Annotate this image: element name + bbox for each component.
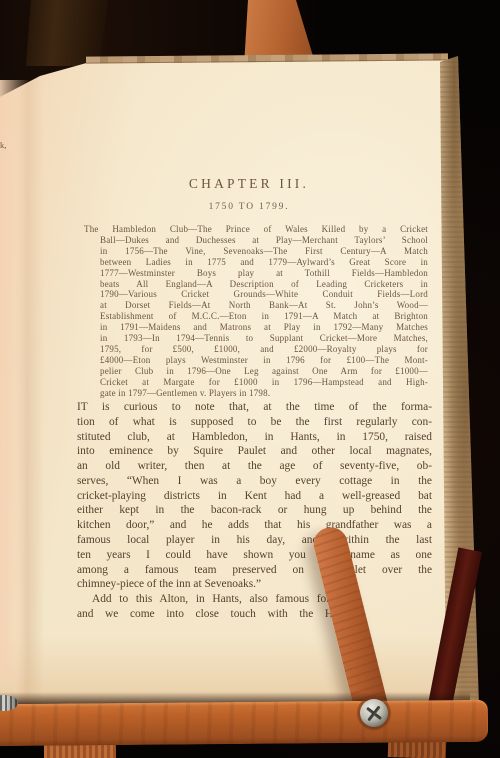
text-line: an old writer, then at the age of sevent… <box>77 459 432 474</box>
text-line: 1790—Various Cricket Grounds—White Condu… <box>84 289 428 300</box>
text-line: 1795, for £500, £1000, and £2000—Royalty… <box>84 344 428 355</box>
text-line: beats All England—A Description of Leadi… <box>84 279 428 290</box>
opposite-page-text-fragment: k, <box>0 140 6 150</box>
easel-screw <box>360 699 388 727</box>
text-line: IT is curious to note that, at the time … <box>77 400 432 415</box>
chapter-heading: CHAPTER III. <box>60 176 438 192</box>
text-line: ten years I could have shown you his nam… <box>77 548 432 563</box>
text-line: 1777—Westminster Boys play at Tothill Fi… <box>84 268 428 279</box>
text-line: serves, “When I was a boy every cottage … <box>77 474 432 489</box>
text-line: cricket-playing districts in Kent had a … <box>77 489 432 504</box>
text-line: in 1791—Maidens and Matrons at Play in 1… <box>84 322 428 333</box>
text-line: Ball—Dukes and Duchesses at Play—Merchan… <box>84 235 428 246</box>
easel-tray-rail <box>0 700 488 746</box>
text-line: famous local player in his day, and “wit… <box>77 533 432 548</box>
text-line: at Dorset Fields—At North Bank—At St. Jo… <box>84 300 428 311</box>
text-line: between Ladies in 1775 and 1779—Aylward’… <box>84 257 428 268</box>
text-line: pelier Club in 1796—One Leg against One … <box>84 366 428 377</box>
body-paragraph-2: Add to this Alton, in Hants, also famous… <box>77 592 432 622</box>
body-paragraph-1: IT is curious to note that, at the time … <box>77 400 432 592</box>
text-line: in 1756—The Vine, Sevenoaks—The First Ce… <box>84 246 428 257</box>
photo-of-book-on-easel: CHAPTER III. 1750 TO 1799. The Hambledon… <box>0 0 500 758</box>
text-line: into eminence by Squire Paulet and other… <box>77 444 432 459</box>
text-line: Cricket at Margate for £1000 in 1796—Ham… <box>84 377 428 388</box>
text-line: and we come into close touch with the Ha… <box>77 607 347 622</box>
text-line: among a famous team preserved on a table… <box>77 563 432 578</box>
text-line: gate in 1797—Gentlemen v. Players in 179… <box>84 388 428 399</box>
text-line: £4000—Eton plays Westminster in 1796 for… <box>84 355 428 366</box>
text-line: either kept in the bacon-rack or hung up… <box>77 503 432 518</box>
text-line: stituted club, at Hambledon, in Hants, i… <box>77 430 432 445</box>
chapter-summary: The Hambledon Club—The Prince of Wales K… <box>84 224 428 399</box>
chapter-date-range: 1750 TO 1799. <box>60 202 438 212</box>
text-line: The Hambledon Club—The Prince of Wales K… <box>84 224 428 235</box>
text-line: tion of what is supposed to be the first… <box>77 415 432 430</box>
text-line: kitchen door,” and he adds that his gran… <box>77 518 432 533</box>
text-line: in 1793—In 1794—Tennis to Supplant Crick… <box>84 333 428 344</box>
text-line: Establishment of M.C.C.—Eton in 1791—A M… <box>84 311 428 322</box>
text-line: chimney-piece of the inn at Sevenoaks.” <box>77 577 432 592</box>
page-gutter-curl <box>0 80 30 680</box>
text-line: Add to this Alton, in Hants, also famous… <box>77 592 330 607</box>
